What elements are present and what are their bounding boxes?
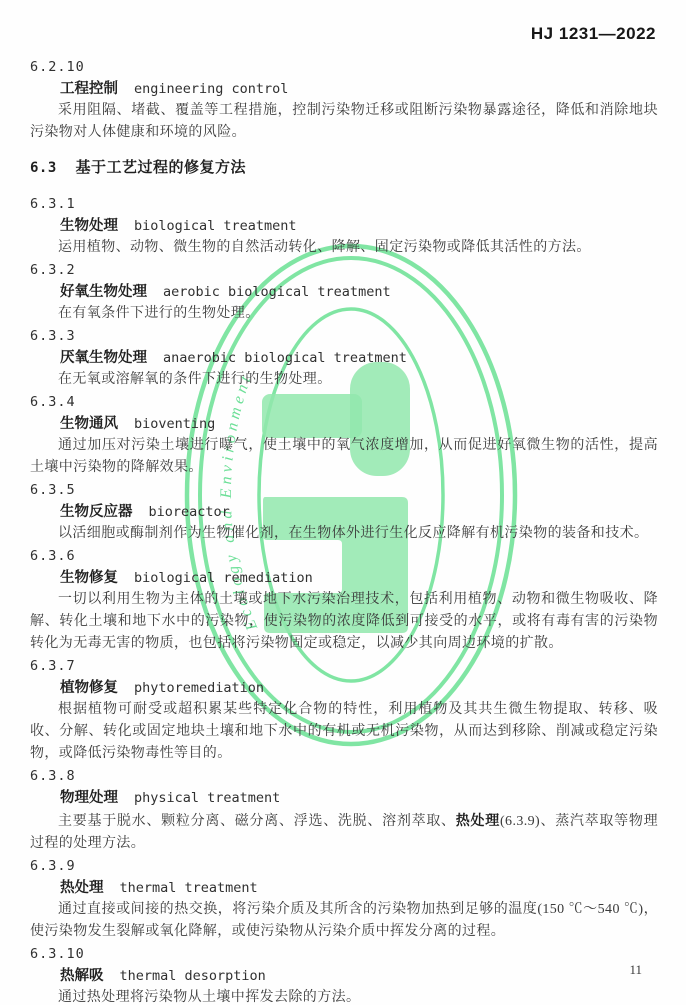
- clause-number: 6.3.7: [30, 655, 658, 677]
- definition: 以活细胞或酶制剂作为生物催化剂，在生物体外进行生化反应降解有机污染物的装备和技术…: [30, 523, 658, 545]
- definition: 通过加压对污染土壤进行曝气，使土壤中的氧气浓度增加，从而促进好氧微生物的活性，提…: [30, 435, 658, 479]
- clause-number: 6.3.10: [30, 943, 658, 965]
- definition-text: 主要基于脱水、颗粒分离、磁分离、浮选、洗脱、溶剂萃取、: [58, 814, 456, 829]
- term-line: 热解吸 thermal desorption: [30, 965, 658, 987]
- section-number: 6.3: [30, 160, 57, 176]
- term-line: 物理处理 physical treatment: [30, 787, 658, 809]
- term-line: 厌氧生物处理 anaerobic biological treatment: [30, 347, 658, 369]
- section-heading: 6.3 基于工艺过程的修复方法: [30, 156, 658, 177]
- clause-6-3-7: 6.3.7 植物修复 phytoremediation 根据植物可耐受或超积累某…: [30, 655, 658, 765]
- definition: 在无氧或溶解氧的条件下进行的生物处理。: [30, 369, 658, 391]
- term-cn: 物理处理: [60, 790, 118, 806]
- definition: 主要基于脱水、颗粒分离、磁分离、浮选、洗脱、溶剂萃取、热处理(6.3.9)、蒸汽…: [30, 809, 658, 855]
- term-en: physical treatment: [134, 790, 280, 806]
- term-line: 热处理 thermal treatment: [30, 877, 658, 899]
- term-en: biological treatment: [134, 218, 297, 234]
- term-line: 生物反应器 bioreactor: [30, 501, 658, 523]
- clause-6-3-10: 6.3.10 热解吸 thermal desorption 通过热处理将污染物从…: [30, 943, 658, 1005]
- clause-number: 6.3.2: [30, 259, 658, 281]
- clause-6-3-6: 6.3.6 生物修复 biological remediation 一切以利用生…: [30, 545, 658, 655]
- clause-number: 6.3.9: [30, 855, 658, 877]
- clause-number: 6.3.8: [30, 765, 658, 787]
- term-line: 好氧生物处理 aerobic biological treatment: [30, 281, 658, 303]
- clause-6-3-4: 6.3.4 生物通风 bioventing 通过加压对污染土壤进行曝气，使土壤中…: [30, 391, 658, 479]
- page-content: HJ 1231—2022 6.2.10 工程控制 engineering con…: [0, 0, 686, 1005]
- doc-code: HJ 1231—2022: [30, 24, 658, 44]
- section-title: 基于工艺过程的修复方法: [75, 159, 246, 176]
- definition: 运用植物、动物、微生物的自然活动转化、降解、固定污染物或降低其活性的方法。: [30, 237, 658, 259]
- term-en: bioreactor: [149, 504, 230, 520]
- page-number: 11: [629, 962, 642, 978]
- term-en: engineering control: [134, 81, 288, 97]
- term-line: 生物处理 biological treatment: [30, 215, 658, 237]
- term-en: thermal treatment: [120, 880, 258, 896]
- term-line: 工程控制 engineering control: [30, 78, 658, 100]
- clause-6-2-10: 6.2.10 工程控制 engineering control 采用阻隔、堵截、…: [30, 56, 658, 144]
- definition: 通过热处理将污染物从土壤中挥发去除的方法。: [30, 987, 658, 1005]
- definition: 根据植物可耐受或超积累某些特定化合物的特性，利用植物及其共生微生物提取、转移、吸…: [30, 699, 658, 765]
- term-cn: 好氧生物处理: [60, 284, 147, 300]
- clause-6-3-2: 6.3.2 好氧生物处理 aerobic biological treatmen…: [30, 259, 658, 325]
- clause-number: 6.2.10: [30, 56, 658, 78]
- clause-number: 6.3.4: [30, 391, 658, 413]
- document-page: Ecology and Environment HJ 1231—2022 6.2…: [0, 0, 686, 1005]
- term-en: anaerobic biological treatment: [163, 350, 407, 366]
- term-cn: 植物修复: [60, 680, 118, 696]
- clause-6-3-3: 6.3.3 厌氧生物处理 anaerobic biological treatm…: [30, 325, 658, 391]
- term-cn: 热解吸: [60, 968, 104, 984]
- definition: 在有氧条件下进行的生物处理。: [30, 303, 658, 325]
- term-en: biological remediation: [134, 570, 313, 586]
- clause-number: 6.3.5: [30, 479, 658, 501]
- definition: 采用阻隔、堵截、覆盖等工程措施，控制污染物迁移或阻断污染物暴露途径，降低和消除地…: [30, 100, 658, 144]
- term-line: 植物修复 phytoremediation: [30, 677, 658, 699]
- term-line: 生物通风 bioventing: [30, 413, 658, 435]
- clause-6-3-9: 6.3.9 热处理 thermal treatment 通过直接或间接的热交换，…: [30, 855, 658, 943]
- term-en: phytoremediation: [134, 680, 264, 696]
- term-cn: 热处理: [60, 880, 104, 896]
- definition: 通过直接或间接的热交换，将污染介质及其所含的污染物加热到足够的温度(150 ℃～…: [30, 899, 658, 943]
- clause-number: 6.3.3: [30, 325, 658, 347]
- term-en: bioventing: [134, 416, 215, 432]
- clause-6-3-1: 6.3.1 生物处理 biological treatment 运用植物、动物、…: [30, 193, 658, 259]
- term-cn: 工程控制: [60, 81, 118, 97]
- clause-number: 6.3.1: [30, 193, 658, 215]
- clause-6-3-5: 6.3.5 生物反应器 bioreactor 以活细胞或酶制剂作为生物催化剂，在…: [30, 479, 658, 545]
- term-en: thermal desorption: [120, 968, 266, 984]
- term-cn: 生物反应器: [60, 504, 133, 520]
- term-cn: 厌氧生物处理: [60, 350, 147, 366]
- cross-ref-term: 热处理: [456, 812, 500, 828]
- clause-6-3-8: 6.3.8 物理处理 physical treatment 主要基于脱水、颗粒分…: [30, 765, 658, 855]
- term-cn: 生物修复: [60, 570, 118, 586]
- term-cn: 生物通风: [60, 416, 118, 432]
- clause-number: 6.3.6: [30, 545, 658, 567]
- definition: 一切以利用生物为主体的土壤或地下水污染治理技术，包括利用植物、动物和微生物吸收、…: [30, 589, 658, 655]
- term-line: 生物修复 biological remediation: [30, 567, 658, 589]
- term-cn: 生物处理: [60, 218, 118, 234]
- term-en: aerobic biological treatment: [163, 284, 391, 300]
